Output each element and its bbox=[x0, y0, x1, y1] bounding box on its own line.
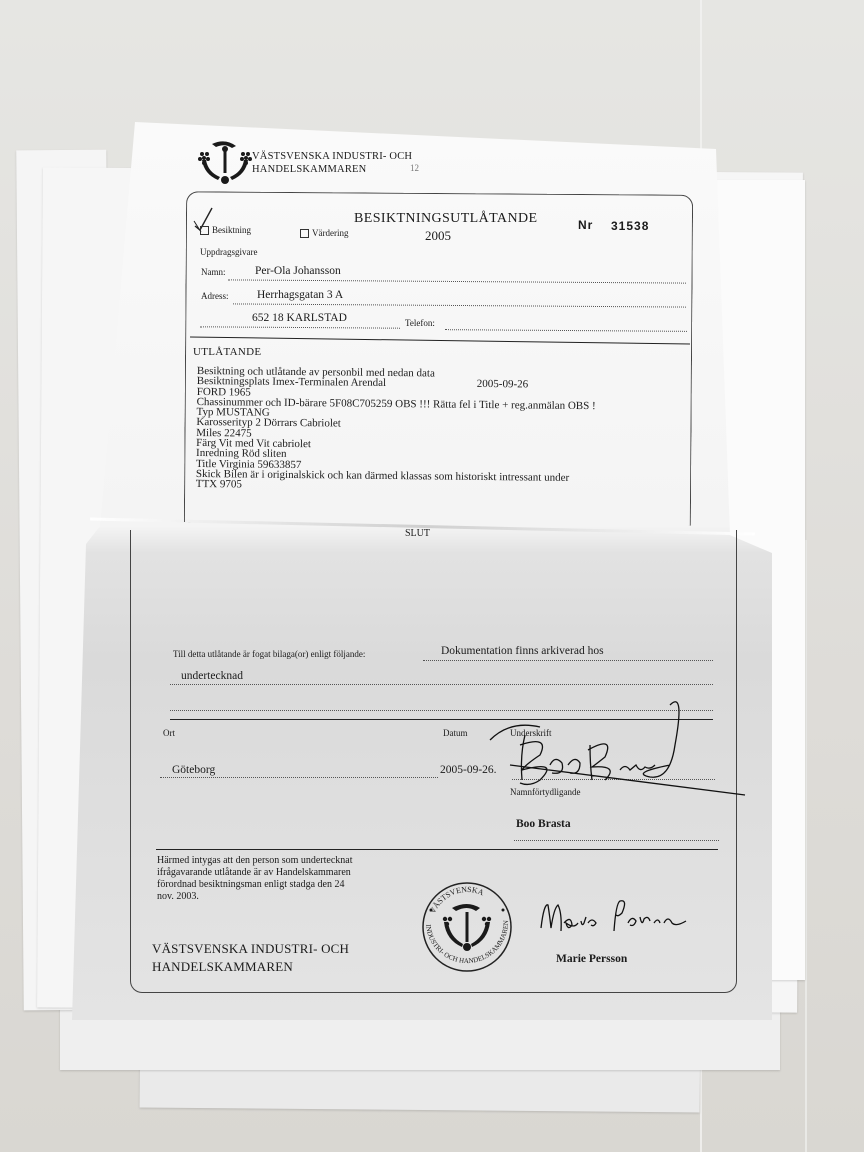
client-address: Herrhagsgatan 3 A bbox=[257, 289, 343, 301]
name-label: Namn: bbox=[201, 267, 226, 277]
footer-org-line: HANDELSKAMMAREN bbox=[152, 958, 349, 976]
client-postal: 652 18 KARLSTAD bbox=[252, 312, 347, 324]
statement-heading: UTLÅTANDE bbox=[193, 346, 261, 358]
footer-organization: VÄSTSVENSKA INDUSTRI- OCH HANDELSKAMMARE… bbox=[152, 940, 349, 976]
attachments-dotted-line bbox=[170, 684, 713, 685]
end-marker: SLUT bbox=[405, 528, 430, 539]
inspector-signature-icon bbox=[480, 695, 750, 800]
address-label: Adress: bbox=[201, 291, 229, 301]
attachments-text-2: undertecknad bbox=[181, 670, 243, 682]
official-signature-icon bbox=[536, 893, 701, 938]
attachments-text-1: Dokumentation finns arkiverad hos bbox=[441, 645, 604, 657]
statement-body: Besiktning och utlåtande av personbil me… bbox=[196, 366, 596, 494]
org-line-2: HANDELSKAMMAREN bbox=[252, 163, 412, 176]
phone-label: Telefon: bbox=[405, 318, 435, 328]
number-label: Nr bbox=[578, 218, 593, 232]
official-stamp-icon: VÄSTSVENSKA INDUSTRI- OCH HANDELSKAMMARE… bbox=[412, 872, 522, 982]
statement-line: Besiktningsplats Imex-Terminalen Arendal bbox=[197, 375, 386, 389]
organization-name: VÄSTSVENSKA INDUSTRI- OCH HANDELSKAMMARE… bbox=[252, 150, 412, 176]
attachments-label: Till detta utlåtande är fogat bilaga(or)… bbox=[173, 649, 365, 659]
certification-line: Härmed intygas att den person som undert… bbox=[157, 855, 353, 867]
option-label: Värdering bbox=[312, 228, 348, 238]
org-line-1: VÄSTSVENSKA INDUSTRI- OCH bbox=[252, 150, 412, 163]
name-dotted-line bbox=[514, 840, 719, 841]
place-label: Ort bbox=[163, 728, 175, 738]
date-label: Datum bbox=[443, 728, 468, 738]
name-clarification-label: Namnförtydligande bbox=[510, 787, 580, 797]
certification-line: nov. 2003. bbox=[157, 891, 353, 903]
chamber-logo-icon bbox=[196, 140, 254, 186]
certificate-number: 31538 bbox=[611, 219, 649, 233]
document-year: 2005 bbox=[425, 228, 451, 244]
inspection-date: 2005-09-26 bbox=[477, 379, 528, 390]
checkbox-vardering[interactable] bbox=[300, 229, 309, 238]
certification-line: ifrågavarande utlåtande är av Handelskam… bbox=[157, 867, 353, 879]
option-label: Besiktning bbox=[212, 225, 251, 235]
section-divider bbox=[156, 849, 718, 850]
option-vardering[interactable]: Värdering bbox=[300, 228, 348, 238]
official-name: Marie Persson bbox=[556, 953, 627, 965]
option-besiktning[interactable]: Besiktning bbox=[200, 225, 251, 235]
certification-text: Härmed intygas att den person som undert… bbox=[157, 855, 353, 903]
client-name: Per-Ola Johansson bbox=[255, 265, 341, 277]
document-title: BESIKTNINGSUTLÅTANDE bbox=[354, 211, 537, 227]
table-edge bbox=[805, 540, 807, 1152]
checkbox-besiktning[interactable] bbox=[200, 226, 209, 235]
handwritten-mark: 12 bbox=[410, 163, 419, 173]
footer-org-line: VÄSTSVENSKA INDUSTRI- OCH bbox=[152, 940, 349, 958]
place-value: Göteborg bbox=[172, 764, 215, 776]
certification-line: förordnad besiktningsman enligt stadga d… bbox=[157, 879, 353, 891]
inspector-name: Boo Brasta bbox=[516, 818, 571, 830]
place-dotted-line bbox=[160, 777, 438, 778]
attachments-dotted-line bbox=[423, 660, 713, 661]
client-section-label: Uppdragsgivare bbox=[200, 247, 257, 257]
